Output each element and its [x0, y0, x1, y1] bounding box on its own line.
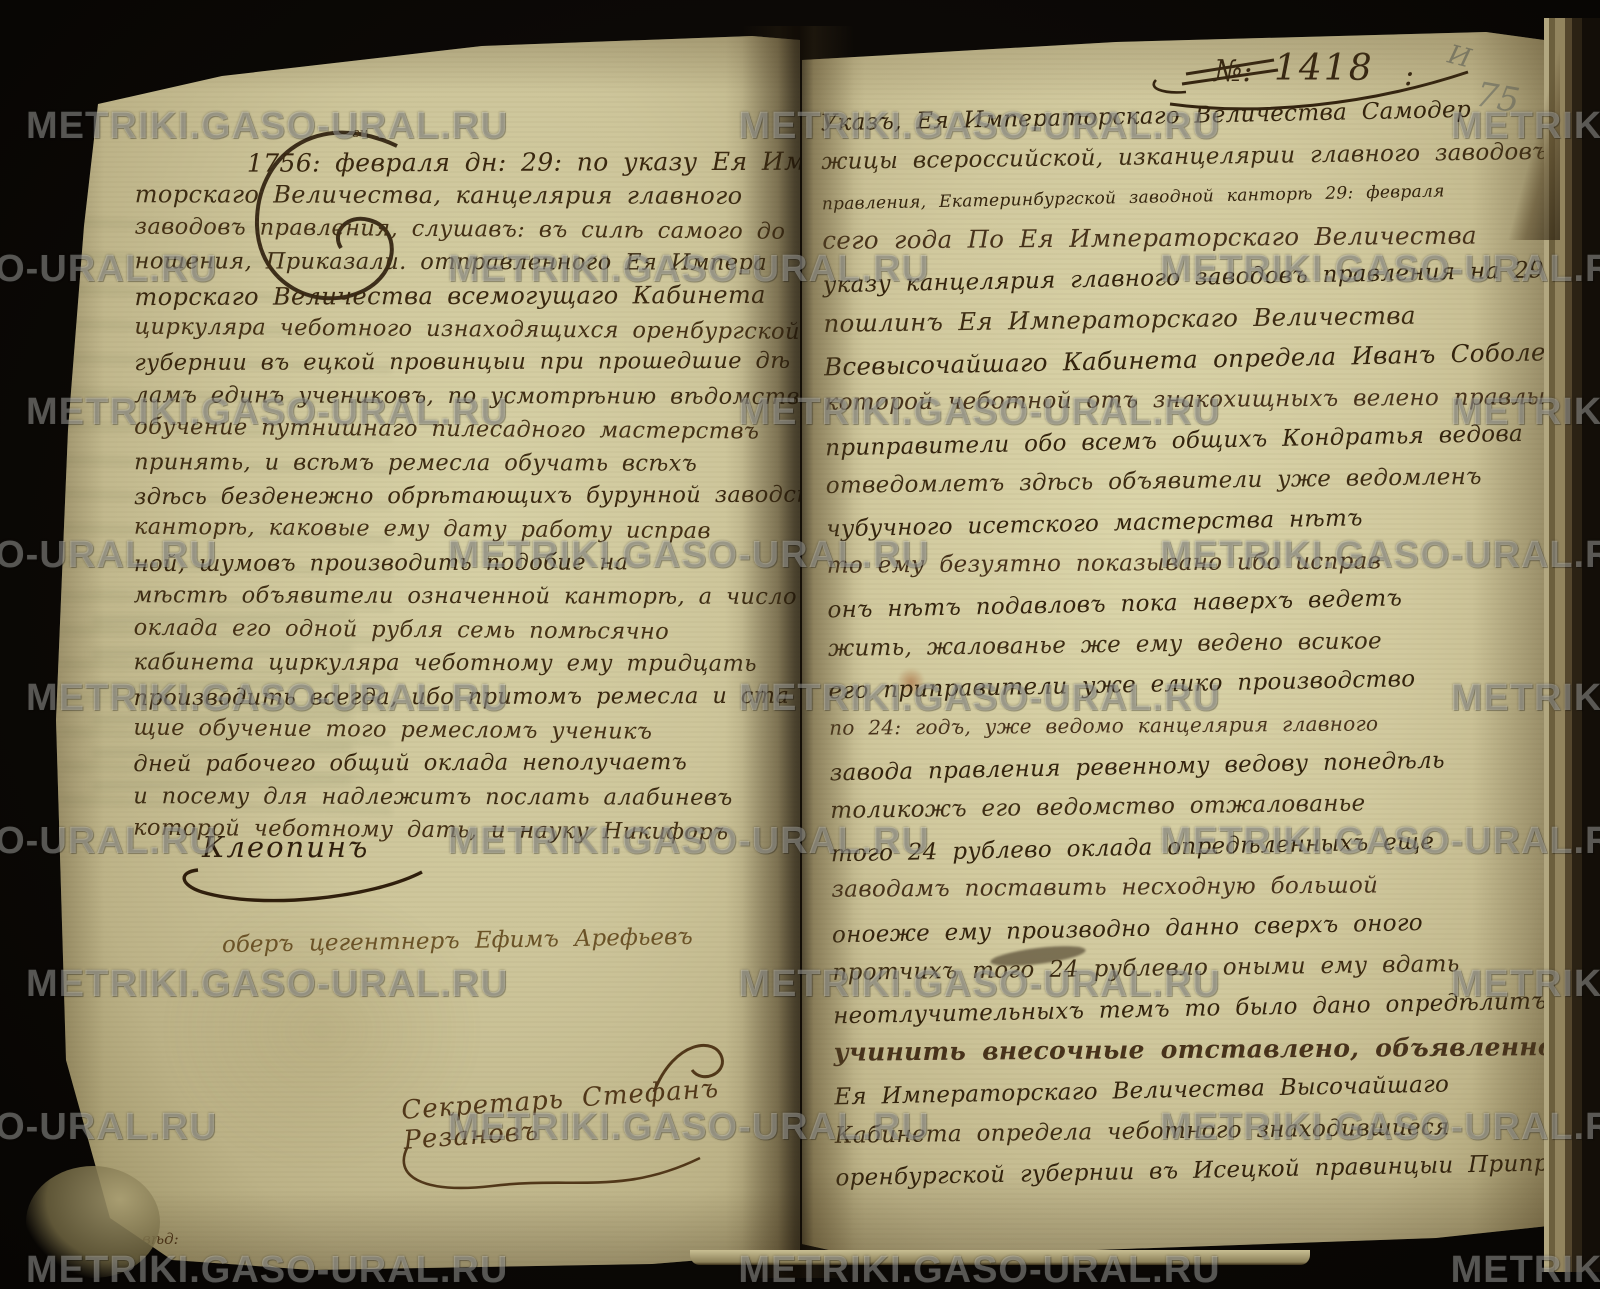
manuscript-line: торскаго Величества, канцелярия главного	[135, 179, 747, 214]
manuscript-line: принять, и всѣмъ ремесла обучать всѣхъ	[134, 446, 746, 481]
manuscript-line: здѣсь безденежно обрѣтающихъ бурунной за…	[134, 479, 746, 515]
manuscript-line: губернии въ ецкой провинцыи при прошедши…	[134, 345, 746, 381]
manuscript-line: мѣстѣ объявители означенной канторѣ, а ч…	[134, 579, 746, 614]
colon-mark: :	[1404, 58, 1414, 93]
manuscript-line: ношения, Приказали. отправленного Ея Имп…	[135, 245, 747, 280]
right-page: №: 1418 : И 75 Указъ, Ея Императорскаго …	[796, 26, 1564, 1270]
manuscript-line: циркуляра чеботного изнаходящихся оренбу…	[134, 311, 746, 349]
watermark-row: METRIKI.GASO-URAL.RUMETRIKI.GASO-URAL.RU…	[0, 0, 1600, 5]
left-page-text: 1756: февраля дн: 29: по указу Ея Импера…	[133, 145, 747, 848]
manuscript-line: обучение путнишнаго пилесадного мастерст…	[134, 411, 746, 449]
manuscript-line: заводовъ правления, слушавъ: въ силѣ сам…	[135, 210, 747, 248]
manuscript-line: 1756: февраля дн: 29: по указу Ея Импера	[135, 145, 747, 181]
manuscript-scan: ви 1756: февраля дн: 29: по указу Ея Имп…	[0, 0, 1600, 1289]
left-page: ви 1756: февраля дн: 29: по указу Ея Имп…	[52, 30, 800, 1278]
crossed-number-sign: №:	[1214, 54, 1253, 89]
manuscript-line: канторѣ, каковые ему дату работу исправ	[134, 511, 746, 549]
manuscript-line: дней рабочего общий оклада неполучаетъ	[133, 746, 745, 782]
document-number: 1418	[1274, 48, 1374, 89]
manuscript-line: кабинета циркуляра чеботному ему тридцат…	[134, 646, 746, 681]
manuscript-line: и посему для надлежитъ послать алабиневъ	[133, 780, 745, 815]
manuscript-line: ной, шумовъ производить подобие на	[134, 546, 746, 582]
page-corner-fold	[1500, 30, 1560, 240]
superscript-note: ви	[352, 126, 368, 141]
pencil-mark: И	[1445, 40, 1474, 75]
signature-kleopin: Клеопинъ	[202, 830, 369, 864]
manuscript-line: производить всегда, ибо притомъ ремесла …	[133, 679, 745, 715]
manuscript-line: ламъ единъ учениковъ, по усмотрѣнию вѣдо…	[134, 379, 746, 414]
manuscript-line: щие обучение того ремесломъ ученикъ	[133, 712, 745, 750]
bottom-page-edges	[690, 1250, 1310, 1265]
manuscript-line: оклада его одной рубля семь помѣсячно	[134, 611, 746, 649]
curled-corner	[26, 1166, 160, 1278]
right-page-text: Указъ, Ея Императорскаго Величества Само…	[820, 91, 1541, 1197]
manuscript-line: торскаго Величества всемогущаго Кабинета	[134, 279, 746, 315]
